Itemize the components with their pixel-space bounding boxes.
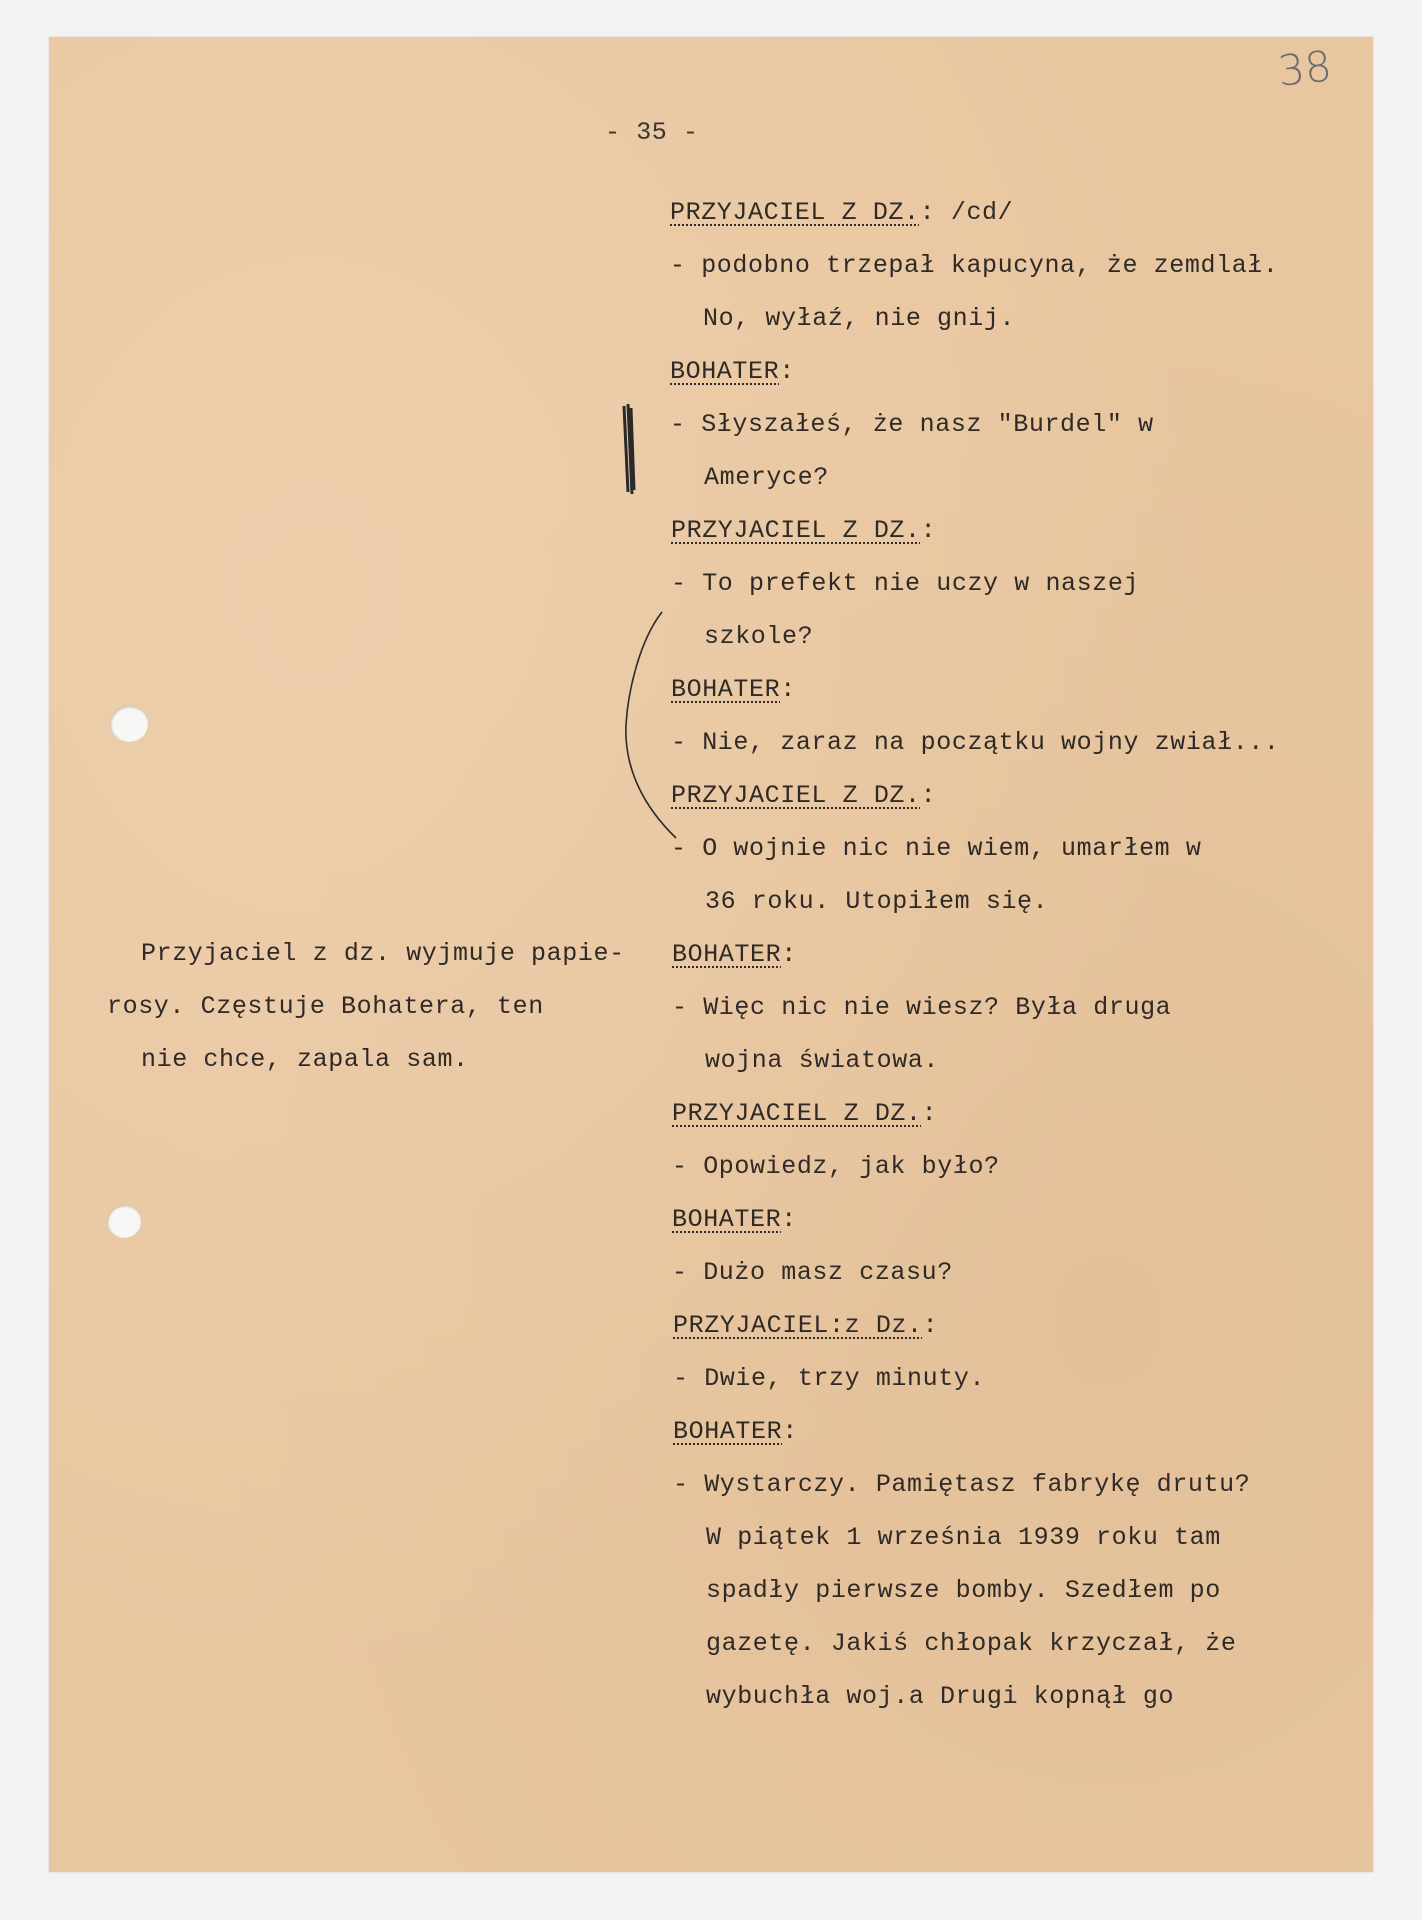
speaker-suffix: : — [921, 781, 937, 810]
speaker-name: BOHATER — [672, 1205, 781, 1234]
speaker-name: BOHATER — [670, 357, 779, 386]
dialogue-continuation: wojna światowa. — [705, 1046, 939, 1076]
dialogue-line: - podobno trzepał kapucyna, że zemdlał. — [670, 251, 1279, 281]
dialogue-continuation: spadły pierwsze bomby. Szedłem po — [706, 1576, 1221, 1606]
speaker-label: BOHATER: — [672, 940, 797, 970]
speaker-suffix: : — [782, 1417, 798, 1446]
dialogue-continuation: Ameryce? — [704, 463, 829, 493]
speaker-label: PRZYJACIEL Z DZ.: — [672, 1099, 937, 1129]
speaker-label: PRZYJACIEL:z Dz.: — [673, 1311, 938, 1341]
speaker-name: BOHATER — [673, 1417, 782, 1446]
stage-direction-line: nie chce, zapala sam. — [141, 1045, 469, 1075]
dialogue-line: - Nie, zaraz na początku wojny zwiał... — [671, 728, 1280, 758]
speaker-label: BOHATER: — [670, 357, 795, 387]
dialogue-continuation: wybuchła woj.a Drugi kopnął go — [706, 1682, 1174, 1712]
speaker-name: BOHATER — [672, 940, 781, 969]
speaker-suffix: : — [922, 1099, 938, 1128]
dialogue-line: - Dwie, trzy minuty. — [673, 1364, 985, 1394]
dialogue-line: - O wojnie nic nie wiem, umarłem w — [671, 834, 1201, 864]
speaker-suffix: : — [781, 940, 797, 969]
margin-bar-icon — [624, 404, 634, 494]
speaker-name: BOHATER — [671, 675, 780, 704]
dialogue-continuation: No, wyłaź, nie gnij. — [703, 304, 1015, 334]
speaker-name: PRZYJACIEL:z Dz. — [673, 1311, 923, 1340]
dialogue-line: - To prefekt nie uczy w naszej — [671, 569, 1139, 599]
dialogue-continuation: szkole? — [704, 622, 813, 652]
speaker-suffix: : — [923, 1311, 939, 1340]
speaker-suffix: : — [781, 1205, 797, 1234]
speaker-label: BOHATER: — [671, 675, 796, 705]
margin-bracket-icon — [626, 612, 676, 838]
speaker-suffix: : /cd/ — [920, 198, 1014, 227]
speaker-label: PRZYJACIEL Z DZ.: — [671, 516, 936, 546]
stage-direction-line: rosy. Częstuje Bohatera, ten — [107, 992, 544, 1022]
speaker-suffix: : — [921, 516, 937, 545]
speaker-name: PRZYJACIEL Z DZ. — [670, 198, 920, 227]
speaker-name: PRZYJACIEL Z DZ. — [671, 781, 921, 810]
dialogue-continuation: gazetę. Jakiś chłopak krzyczał, że — [706, 1629, 1236, 1659]
dialogue-line: - Dużo masz czasu? — [672, 1258, 953, 1288]
speaker-label: BOHATER: — [673, 1417, 798, 1447]
dialogue-line: - Opowiedz, jak było? — [672, 1152, 1000, 1182]
speaker-label: BOHATER: — [672, 1205, 797, 1235]
dialogue-continuation: W piątek 1 września 1939 roku tam — [706, 1523, 1221, 1553]
dialogue-line: - Więc nic nie wiesz? Była druga — [672, 993, 1171, 1023]
dialogue-line: - Wystarczy. Pamiętasz fabrykę drutu? — [673, 1470, 1250, 1500]
speaker-name: PRZYJACIEL Z DZ. — [672, 1099, 922, 1128]
dialogue-line: - Słyszałeś, że nasz "Burdel" w — [670, 410, 1154, 440]
speaker-label: PRZYJACIEL Z DZ.: — [671, 781, 936, 811]
speaker-suffix: : — [779, 357, 795, 386]
speaker-name: PRZYJACIEL Z DZ. — [671, 516, 921, 545]
speaker-suffix: : — [780, 675, 796, 704]
dialogue-continuation: 36 roku. Utopiłem się. — [705, 887, 1048, 917]
speaker-label: PRZYJACIEL Z DZ.: /cd/ — [670, 198, 1013, 228]
stage-direction-line: Przyjaciel z dz. wyjmuje papie- — [141, 939, 625, 969]
